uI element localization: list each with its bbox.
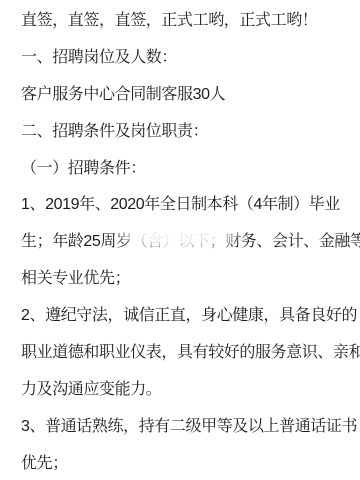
section-heading-requirements: 二、招聘条件及岗位职责： bbox=[0, 111, 360, 148]
subheading-recruit-conditions: （一）招聘条件： bbox=[0, 148, 360, 185]
condition-1-line-3: 相关专业优先； bbox=[0, 258, 360, 295]
condition-2-line-2: 职业道德和职业仪表，具有较好的服务意识、亲和 bbox=[0, 332, 360, 369]
condition-1-line-2: 生；年龄25周岁（含）以下；财务、会计、金融等 bbox=[0, 221, 360, 258]
position-count-line: 客户服务中心合同制客服30人 bbox=[0, 74, 360, 111]
condition-2-line-3: 力及沟通应变能力。 bbox=[0, 369, 360, 406]
article-scroll-area[interactable]: 直签，直签，直签，正式工哟，正式工哟！ 一、招聘岗位及人数： 客户服务中心合同制… bbox=[0, 0, 360, 480]
section-heading-positions: 一、招聘岗位及人数： bbox=[0, 37, 360, 74]
condition-3-line-2: 优先； bbox=[0, 443, 360, 480]
condition-1-line-1: 1、2019年、2020年全日制本科（4年制）毕业 bbox=[0, 184, 360, 221]
article-page: 直签，直签，直签，正式工哟，正式工哟！ 一、招聘岗位及人数： 客户服务中心合同制… bbox=[0, 0, 360, 480]
article-title-line: 直签，直签，直签，正式工哟，正式工哟！ bbox=[0, 0, 360, 37]
condition-3-line-1: 3、普通话熟练，持有二级甲等及以上普通话证书 bbox=[0, 406, 360, 443]
condition-2-line-1: 2、遵纪守法，诚信正直，身心健康，具备良好的 bbox=[0, 295, 360, 332]
